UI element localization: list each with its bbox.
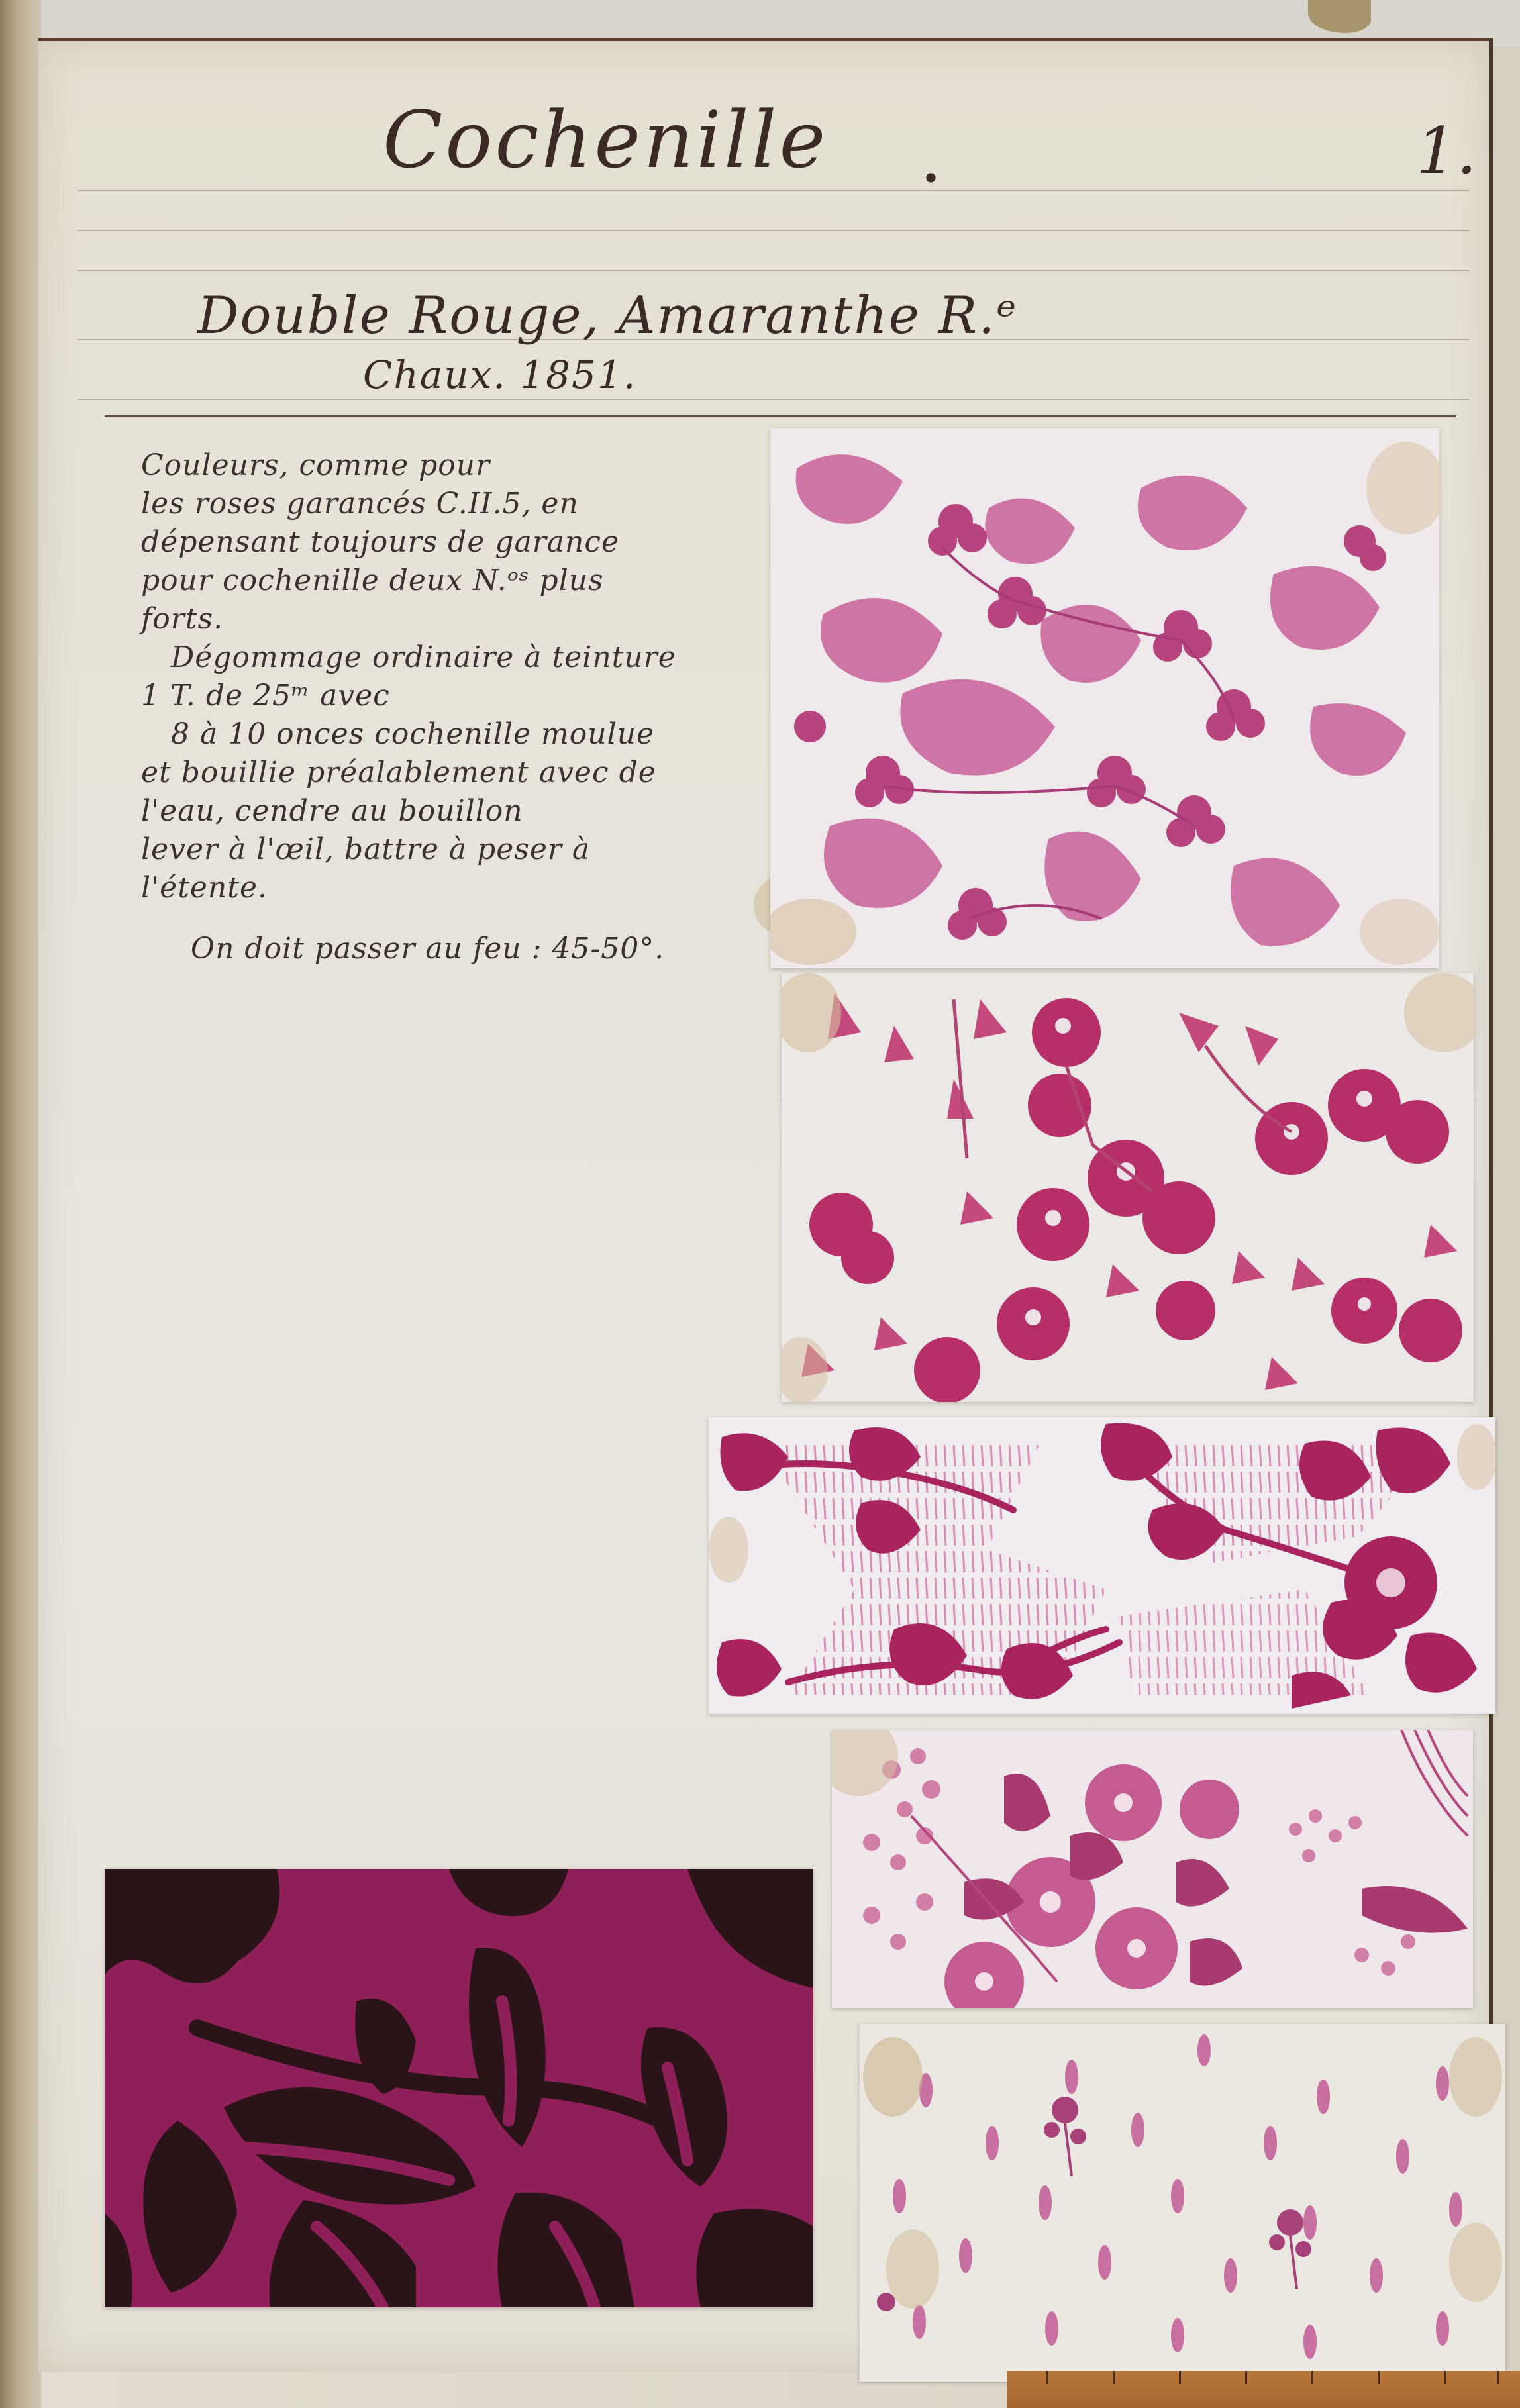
page-number: 1. bbox=[1416, 114, 1477, 188]
book-spine bbox=[0, 0, 41, 2408]
ruled-line bbox=[78, 399, 1469, 400]
instruction-line: lever à l'œil, battre à peser à bbox=[141, 830, 757, 869]
fabric-swatch-roses bbox=[782, 973, 1474, 1402]
instruction-line: Couleurs, comme pour bbox=[141, 446, 757, 485]
ruler-tick bbox=[1113, 2371, 1115, 2384]
ruler-tick bbox=[1245, 2371, 1247, 2384]
swatch-pattern-5 bbox=[860, 2024, 1505, 2382]
page-title: Cochenille bbox=[383, 94, 828, 185]
instruction-line: 8 à 10 onces cochenille moulue bbox=[141, 715, 757, 754]
instruction-line: dépensant toujours de garance bbox=[141, 523, 757, 562]
ruled-line bbox=[78, 230, 1469, 231]
fabric-swatch-ikat-blossom bbox=[770, 428, 1439, 968]
recipe-name: Double Rouge, Amaranthe R.ᵉ bbox=[197, 286, 1017, 346]
fabric-swatch-dots-sprig bbox=[860, 2024, 1505, 2382]
title-punctuation: . bbox=[919, 114, 942, 199]
section-divider bbox=[105, 415, 1456, 417]
swatch-pattern-1 bbox=[770, 428, 1439, 968]
closing-note: On doit passer au feu : 45-50°. bbox=[141, 930, 757, 968]
instruction-line: forts. bbox=[141, 600, 757, 638]
ruler-tick bbox=[1311, 2371, 1313, 2384]
ruler-tick bbox=[1378, 2371, 1380, 2384]
ruler-tick bbox=[1179, 2371, 1181, 2384]
instruction-line: Dégommage ordinaire à teinture bbox=[141, 638, 757, 677]
measuring-ruler bbox=[1007, 2371, 1520, 2408]
instruction-line: l'étente. bbox=[141, 869, 757, 907]
swatch-pattern-4 bbox=[832, 1730, 1473, 2008]
ruler-tick bbox=[1046, 2371, 1048, 2384]
ruled-line bbox=[78, 190, 1469, 191]
swatch-pattern-2 bbox=[782, 973, 1474, 1402]
recipe-subtitle: Chaux. 1851. bbox=[363, 352, 636, 397]
ruler-tick bbox=[1444, 2371, 1446, 2384]
ruled-line bbox=[78, 270, 1469, 271]
instruction-line: et bouillie préalablement avec de bbox=[141, 754, 757, 792]
fabric-swatch-damask bbox=[105, 1869, 813, 2307]
swatch-pattern-3 bbox=[709, 1417, 1495, 1714]
instruction-line: l'eau, cendre au bouillon bbox=[141, 792, 757, 830]
instruction-line: 1 T. de 25ᵐ avec bbox=[141, 677, 757, 715]
fabric-swatch-morning-glory bbox=[832, 1730, 1473, 2008]
ledger-page: Cochenille . 1. Double Rouge, Amaranthe … bbox=[38, 38, 1493, 2372]
instruction-line: pour cochenille deux N.ᵒˢ plus bbox=[141, 562, 757, 600]
instruction-line: les roses garancés C.II.5, en bbox=[141, 485, 757, 523]
ruler-tick bbox=[1497, 2371, 1499, 2384]
recipe-instructions: Couleurs, comme pour les roses garancés … bbox=[141, 446, 757, 968]
fabric-swatch-ivy-hatch bbox=[709, 1417, 1495, 1714]
swatch-pattern-6 bbox=[105, 1869, 813, 2307]
